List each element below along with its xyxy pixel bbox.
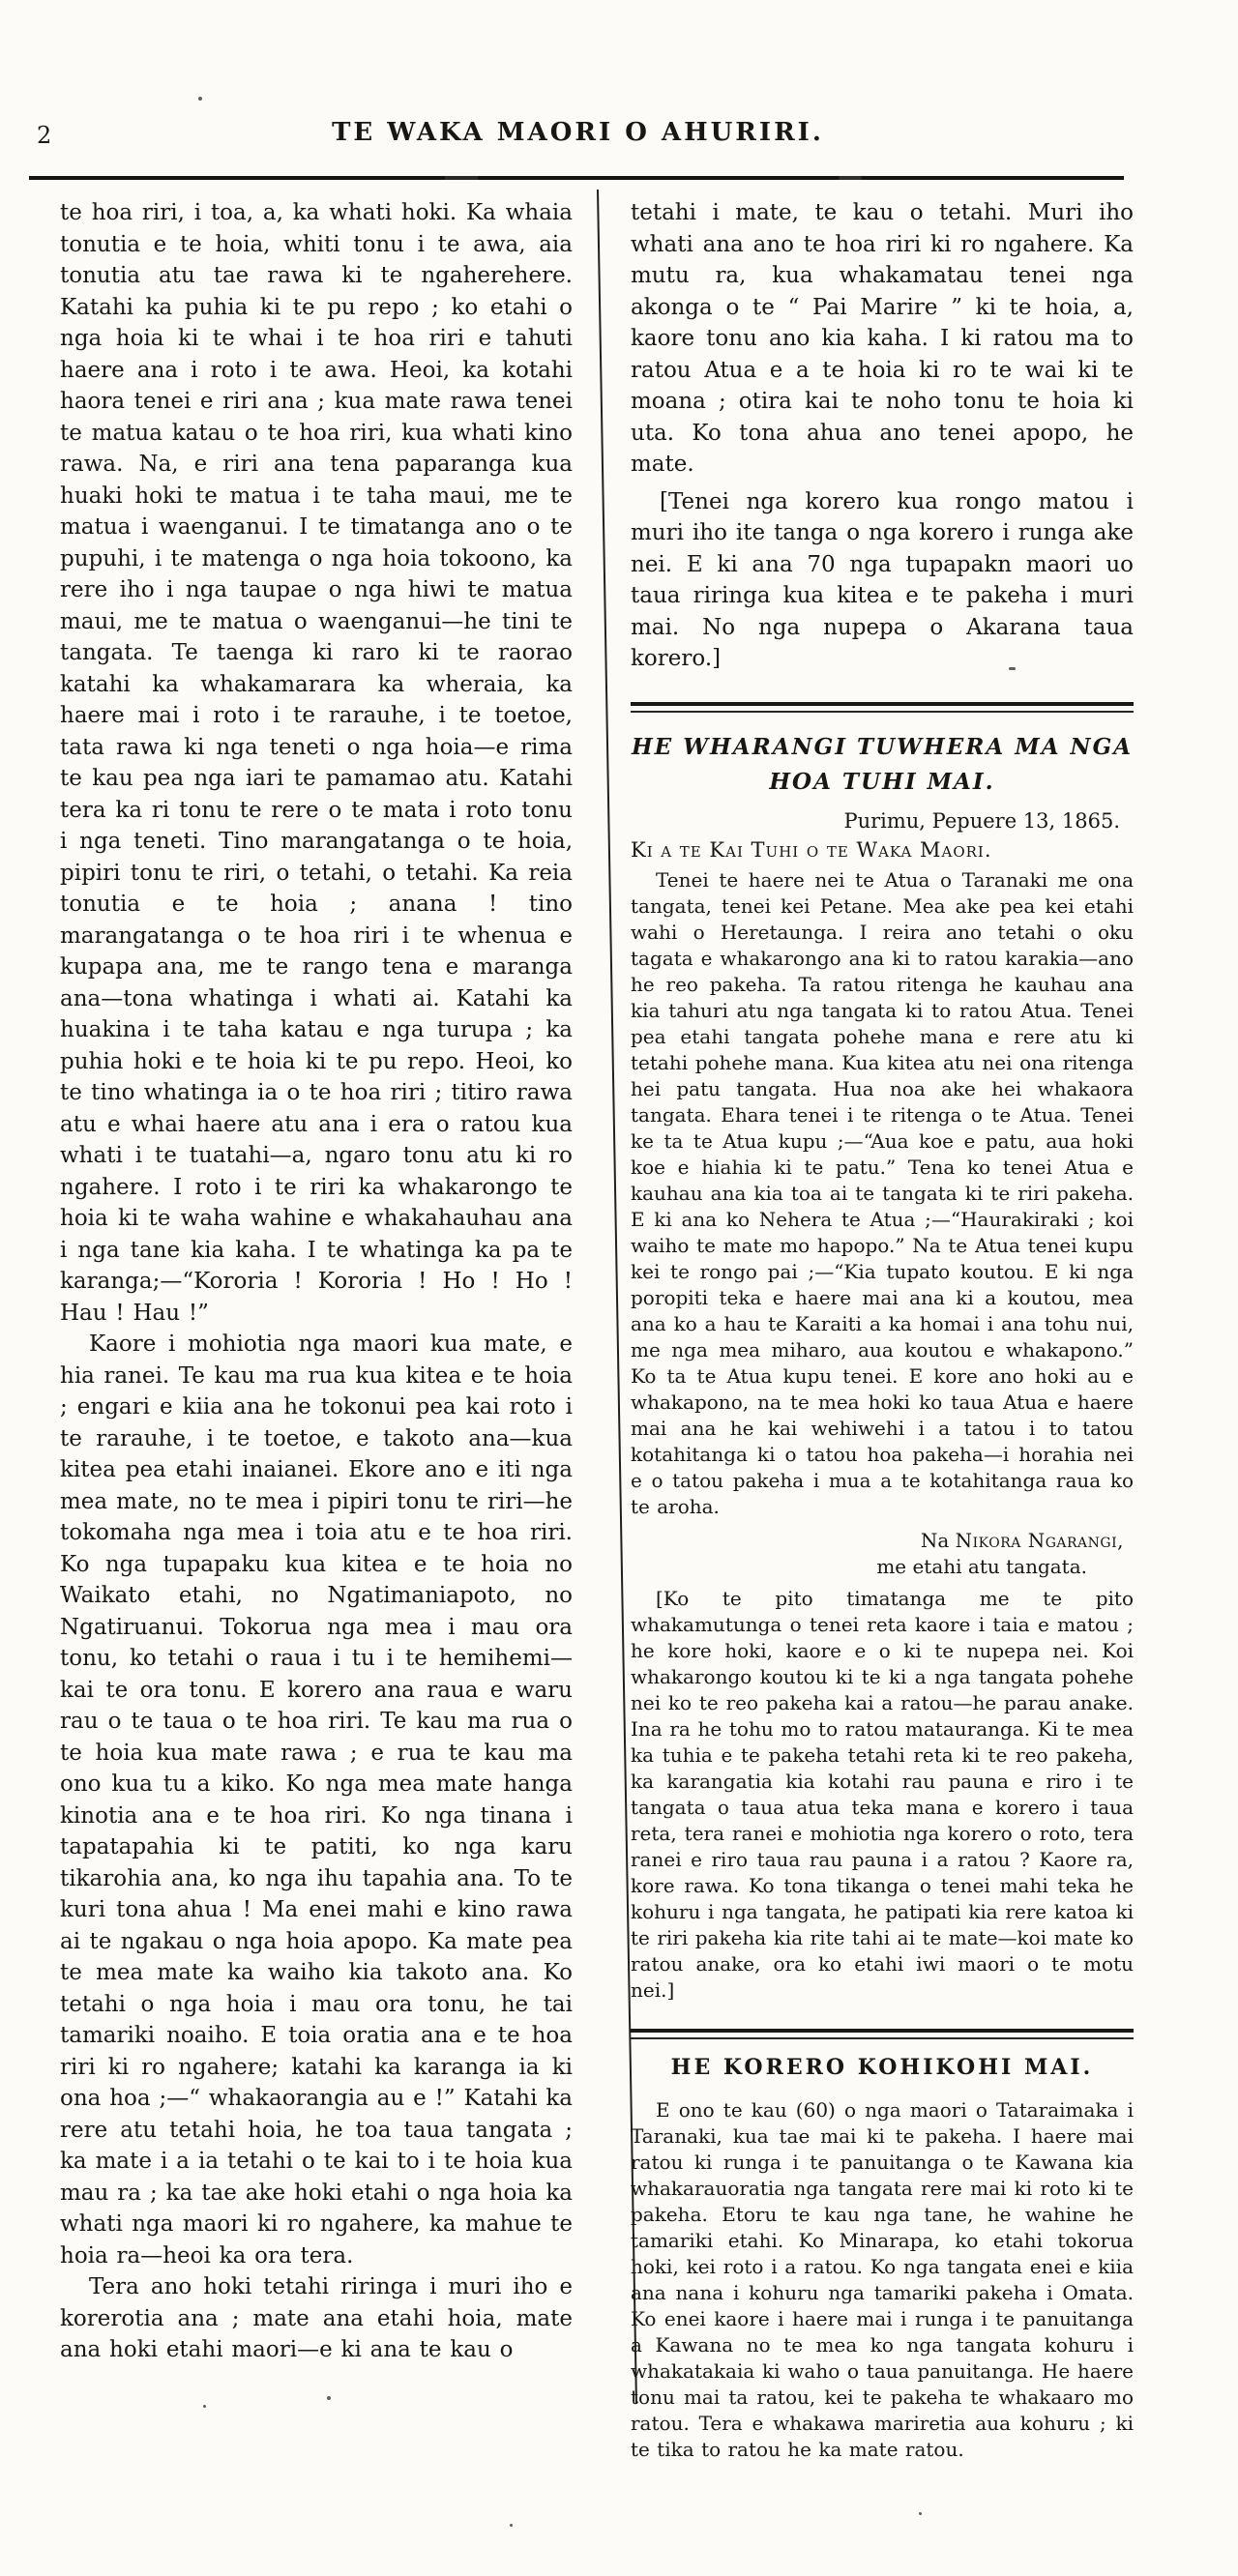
scan-speck: [203, 2405, 206, 2408]
section-divider-rule-2: [631, 2029, 1134, 2039]
war-report-continuation: tetahi i mate, te kau o tetahi. Muri iho…: [631, 197, 1134, 481]
letters-heading-line-1: HE WHARANGI TUWHERA MA NGA: [631, 730, 1134, 765]
war-report-paragraph-1: te hoa riri, i toa, a, ka whati hoki. Ka…: [60, 197, 573, 1329]
right-column: tetahi i mate, te kau o tetahi. Muri iho…: [631, 197, 1134, 2463]
scan-speck: [510, 2524, 513, 2527]
scan-speck: [198, 97, 202, 101]
letter-salutation: Ki a te Kai Tuhi o te Waka Maori.: [631, 838, 1134, 862]
news-body: E ono te kau (60) o nga maori o Tataraim…: [631, 2097, 1134, 2463]
scan-speck: [327, 2396, 331, 2400]
newspaper-title: TE WAKA MAORI O AHURIRI.: [29, 118, 1127, 147]
letter-body: Tenei te haere nei te Atua o Taranaki me…: [631, 867, 1134, 1520]
war-report-paragraph-2: Kaore i mohiotia nga maori kua mate, e h…: [60, 1329, 573, 2271]
left-column: te hoa riri, i toa, a, ka whati hoki. Ka…: [60, 197, 573, 2366]
rule-thin-line: [631, 2037, 1134, 2039]
news-section-heading: HE KORERO KOHIKOHI MAI.: [631, 2053, 1134, 2082]
signature-name: Nikora Ngarangi,: [956, 1529, 1124, 1552]
rule-thick-line: [631, 702, 1134, 706]
scan-speck: [919, 2512, 922, 2515]
header-rule: [29, 176, 1124, 180]
letter-signature: Na Nikora Ngarangi,: [631, 1528, 1134, 1554]
letter-signature-line-2: me etahi atu tangata.: [631, 1554, 1134, 1580]
war-report-editor-note: [Tenei nga korero kua rongo matou i muri…: [631, 486, 1134, 675]
section-divider-rule: [631, 702, 1134, 713]
signature-prefix: Na: [921, 1529, 956, 1552]
rule-thin-line: [631, 711, 1134, 713]
rule-thick-line: [631, 2029, 1134, 2033]
letter-dateline: Purimu, Pepuere 13, 1865.: [631, 809, 1134, 833]
letters-heading-line-2: HOA TUHI MAI.: [631, 765, 1134, 800]
newspaper-page: 2 TE WAKA MAORI O AHURIRI. te hoa riri, …: [0, 0, 1238, 2576]
letters-section-heading: HE WHARANGI TUWHERA MA NGA HOA TUHI MAI.: [631, 730, 1134, 800]
war-report-paragraph-3: Tera ano hoki tetahi riringa i muri iho …: [60, 2271, 573, 2366]
letter-editor-note: [Ko te pito timatanga me te pito whakamu…: [631, 1586, 1134, 2004]
scan-speck: [1009, 667, 1016, 670]
